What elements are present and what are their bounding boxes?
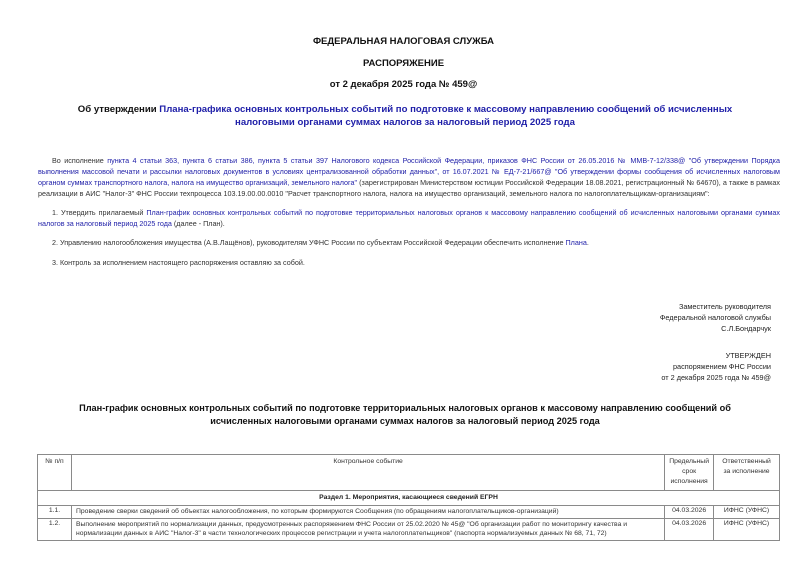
row-number: 1.2.	[38, 518, 72, 540]
plan-table: № п/п Контрольное событие Предельный сро…	[37, 454, 780, 541]
item-1-text: 1. Утвердить прилагаемый	[52, 208, 146, 217]
approval-line-3: от 2 декабря 2025 года № 459@	[471, 372, 771, 383]
row-event: Выполнение мероприятий по нормализации д…	[72, 518, 665, 540]
row-event: Проведение сверки сведений об объектах н…	[72, 506, 665, 519]
plan-link[interactable]: План-график основных контрольных событий…	[38, 208, 780, 228]
item-2-text: 2. Управлению налогообложения имущества …	[52, 238, 566, 247]
signer-position-2: Федеральной налоговой службы	[471, 312, 771, 323]
document-date-number: от 2 декабря 2025 года № 459@	[0, 79, 807, 90]
title-prefix: Об утверждении	[78, 104, 160, 115]
item-1-suffix: (далее - План).	[172, 219, 225, 228]
signature-block: Заместитель руководителя Федеральной нал…	[471, 301, 771, 334]
signer-position-1: Заместитель руководителя	[471, 301, 771, 312]
approval-line-1: УТВЕРЖДЕН	[471, 350, 771, 361]
col-header-number: № п/п	[38, 455, 72, 491]
col-header-responsible: Ответственный за исполнение	[714, 455, 780, 491]
col-header-event: Контрольное событие	[72, 455, 665, 491]
row-number: 1.1.	[38, 506, 72, 519]
row-deadline: 04.03.2026	[665, 518, 714, 540]
section-row: Раздел 1. Мероприятия, касающиеся сведен…	[38, 491, 780, 506]
table-row: 1.2. Выполнение мероприятий по нормализа…	[38, 518, 780, 540]
order-item-1: 1. Утвердить прилагаемый План-график осн…	[38, 207, 780, 229]
preamble-paragraph: Во исполнение пункта 4 статьи 363, пункт…	[38, 155, 780, 199]
col-header-deadline: Предельный срок исполнения	[665, 455, 714, 491]
plan-title: План-график основных контрольных событий…	[55, 402, 755, 428]
row-responsible: ИФНС (УФНС)	[714, 506, 780, 519]
agency-name: ФЕДЕРАЛЬНАЯ НАЛОГОВАЯ СЛУЖБА	[0, 36, 807, 47]
approval-line-2: распоряжением ФНС России	[471, 361, 771, 372]
approval-block: УТВЕРЖДЕН распоряжением ФНС России от 2 …	[471, 350, 771, 383]
signer-name: С.Л.Бондарчук	[471, 323, 771, 334]
row-deadline: 04.03.2026	[665, 506, 714, 519]
item-2-suffix: .	[587, 238, 589, 247]
plan-title-link[interactable]: Плана-графика основных контрольных событ…	[159, 104, 732, 128]
order-item-3: 3. Контроль за исполнением настоящего ра…	[38, 257, 780, 268]
preamble-text-1: Во исполнение	[52, 156, 107, 165]
row-responsible: ИФНС (УФНС)	[714, 518, 780, 540]
section-1-title: Раздел 1. Мероприятия, касающиеся сведен…	[38, 491, 780, 506]
table-header-row: № п/п Контрольное событие Предельный сро…	[38, 455, 780, 491]
order-item-2: 2. Управлению налогообложения имущества …	[38, 237, 780, 248]
document-title: Об утверждении Плана-графика основных ко…	[55, 103, 755, 129]
plan-link-short[interactable]: Плана	[566, 238, 587, 247]
table-row: 1.1. Проведение сверки сведений об объек…	[38, 506, 780, 519]
document-type: РАСПОРЯЖЕНИЕ	[0, 58, 807, 69]
item-3-text: 3. Контроль за исполнением настоящего ра…	[52, 258, 305, 267]
